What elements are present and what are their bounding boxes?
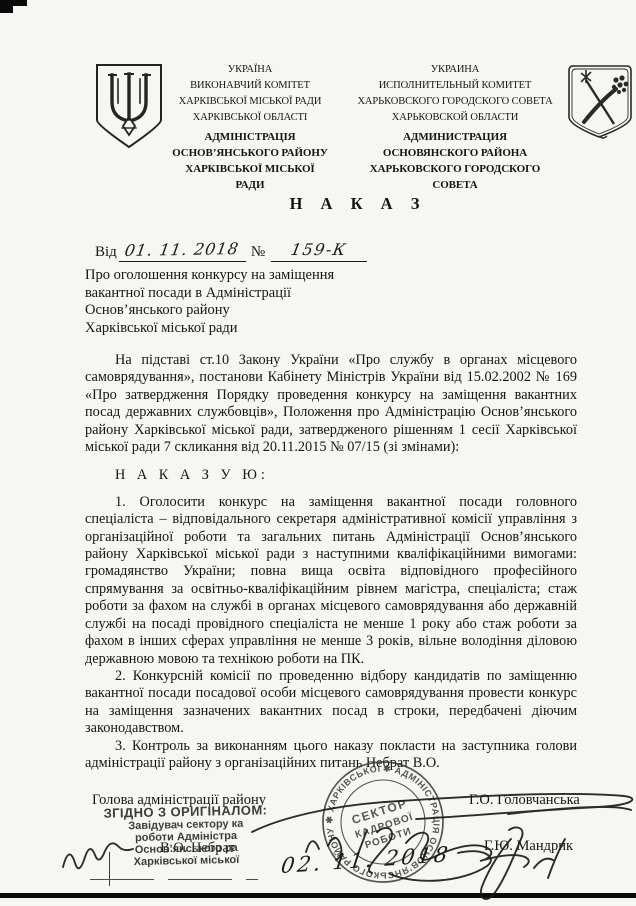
letterhead-line: АДМИНИСТРАЦИЯ <box>352 129 558 145</box>
letterhead-line: ОСНОВ’ЯНСЬКОГО РАЙОНУ <box>152 145 348 161</box>
order-body: На підставі ст.10 Закону України «Про сл… <box>85 352 577 772</box>
scan-corner-artifact <box>10 0 27 6</box>
subject-line: Основ’янського району <box>85 302 375 320</box>
letterhead-line: ИСПОЛНИТЕЛЬНЫЙ КОМИТЕТ <box>352 78 558 94</box>
letterhead-line: ОСНОВЯНСКОГО РАЙОНА <box>352 145 558 161</box>
handwritten-date: 01. 11. 2018 <box>124 239 241 260</box>
order-date-number-row: Від01. 11. 2018№159-К <box>95 241 367 262</box>
signature-mark <box>358 828 392 873</box>
subject-line: Харківської міської ради <box>85 320 375 338</box>
letterhead-ukrainian: УКРАЇНА ВИКОНАВЧИЙ КОМІТЕТ ХАРКІВСЬКОЇ М… <box>152 62 348 193</box>
kharkiv-coat-of-arms-icon <box>564 62 636 158</box>
letterhead-line: СОВЕТА <box>352 177 558 193</box>
letterhead-line: АДМІНІСТРАЦІЯ <box>152 129 348 145</box>
order-item-1: 1. Оголосити конкурс на заміщення вакант… <box>85 494 577 668</box>
signature-mandryk-scribble <box>534 839 565 878</box>
order-subject: Про оголошення конкурсу на заміщення вак… <box>85 267 375 337</box>
letterhead-line: УКРАИНА <box>352 62 558 78</box>
letterhead-line: ВИКОНАВЧИЙ КОМІТЕТ <box>152 78 348 94</box>
decree-word: Н А К А З У Ю: <box>85 467 577 484</box>
subject-line: Про оголошення конкурсу на заміщення <box>85 267 375 285</box>
letterhead-line: ХАРКІВСЬКОЇ МІСЬКОЇ РАДИ <box>152 94 348 110</box>
date-underline: 01. 11. 2018 <box>119 241 246 262</box>
signature-left-scribble <box>63 843 133 868</box>
document-title: Н А К А З <box>290 194 427 214</box>
order-item-2: 2. Конкурсній комісії по проведенню відб… <box>85 668 577 738</box>
date-prefix-label: Від <box>95 244 117 260</box>
signature-mandryk-scribble <box>481 827 523 899</box>
scanned-order-document: УКРАЇНА ВИКОНАВЧИЙ КОМІТЕТ ХАРКІВСЬКОЇ М… <box>0 0 636 906</box>
letterhead-russian: УКРАИНА ИСПОЛНИТЕЛЬНЫЙ КОМИТЕТ ХАРЬКОВСК… <box>352 62 558 193</box>
letterhead-line: ХАРЬКОВСКОГО ГОРОДСКОГО <box>352 161 558 177</box>
signature-holovchanska-scribble <box>508 807 631 814</box>
number-underline: 159-К <box>271 241 367 262</box>
signature-holovchanska-scribble <box>252 794 632 832</box>
letterhead-line: ХАРКІВСЬКОЇ ОБЛАСТІ <box>152 110 348 126</box>
number-sign-label: № <box>251 244 265 260</box>
handwritten-order-number: 159-К <box>290 240 349 259</box>
legal-basis-paragraph: На підставі ст.10 Закону України «Про сл… <box>85 352 577 456</box>
subject-line: вакантної посади в Адміністрації <box>85 285 375 303</box>
signature-loop-scribble <box>390 851 491 881</box>
letterhead-line: ХАРЬКОВСКОЙ ОБЛАСТИ <box>352 110 558 126</box>
letterhead-line: ХАРЬКОВСКОГО ГОРОДСКОГО СОВЕТА <box>352 94 558 110</box>
letterhead-line: ХАРКІВСЬКОЇ МІСЬКОЇ <box>152 161 348 177</box>
letterhead-line: РАДИ <box>152 177 348 193</box>
letterhead-line: УКРАЇНА <box>152 62 348 78</box>
signature-mark <box>306 838 341 860</box>
handwritten-signatures-overlay <box>40 780 636 906</box>
